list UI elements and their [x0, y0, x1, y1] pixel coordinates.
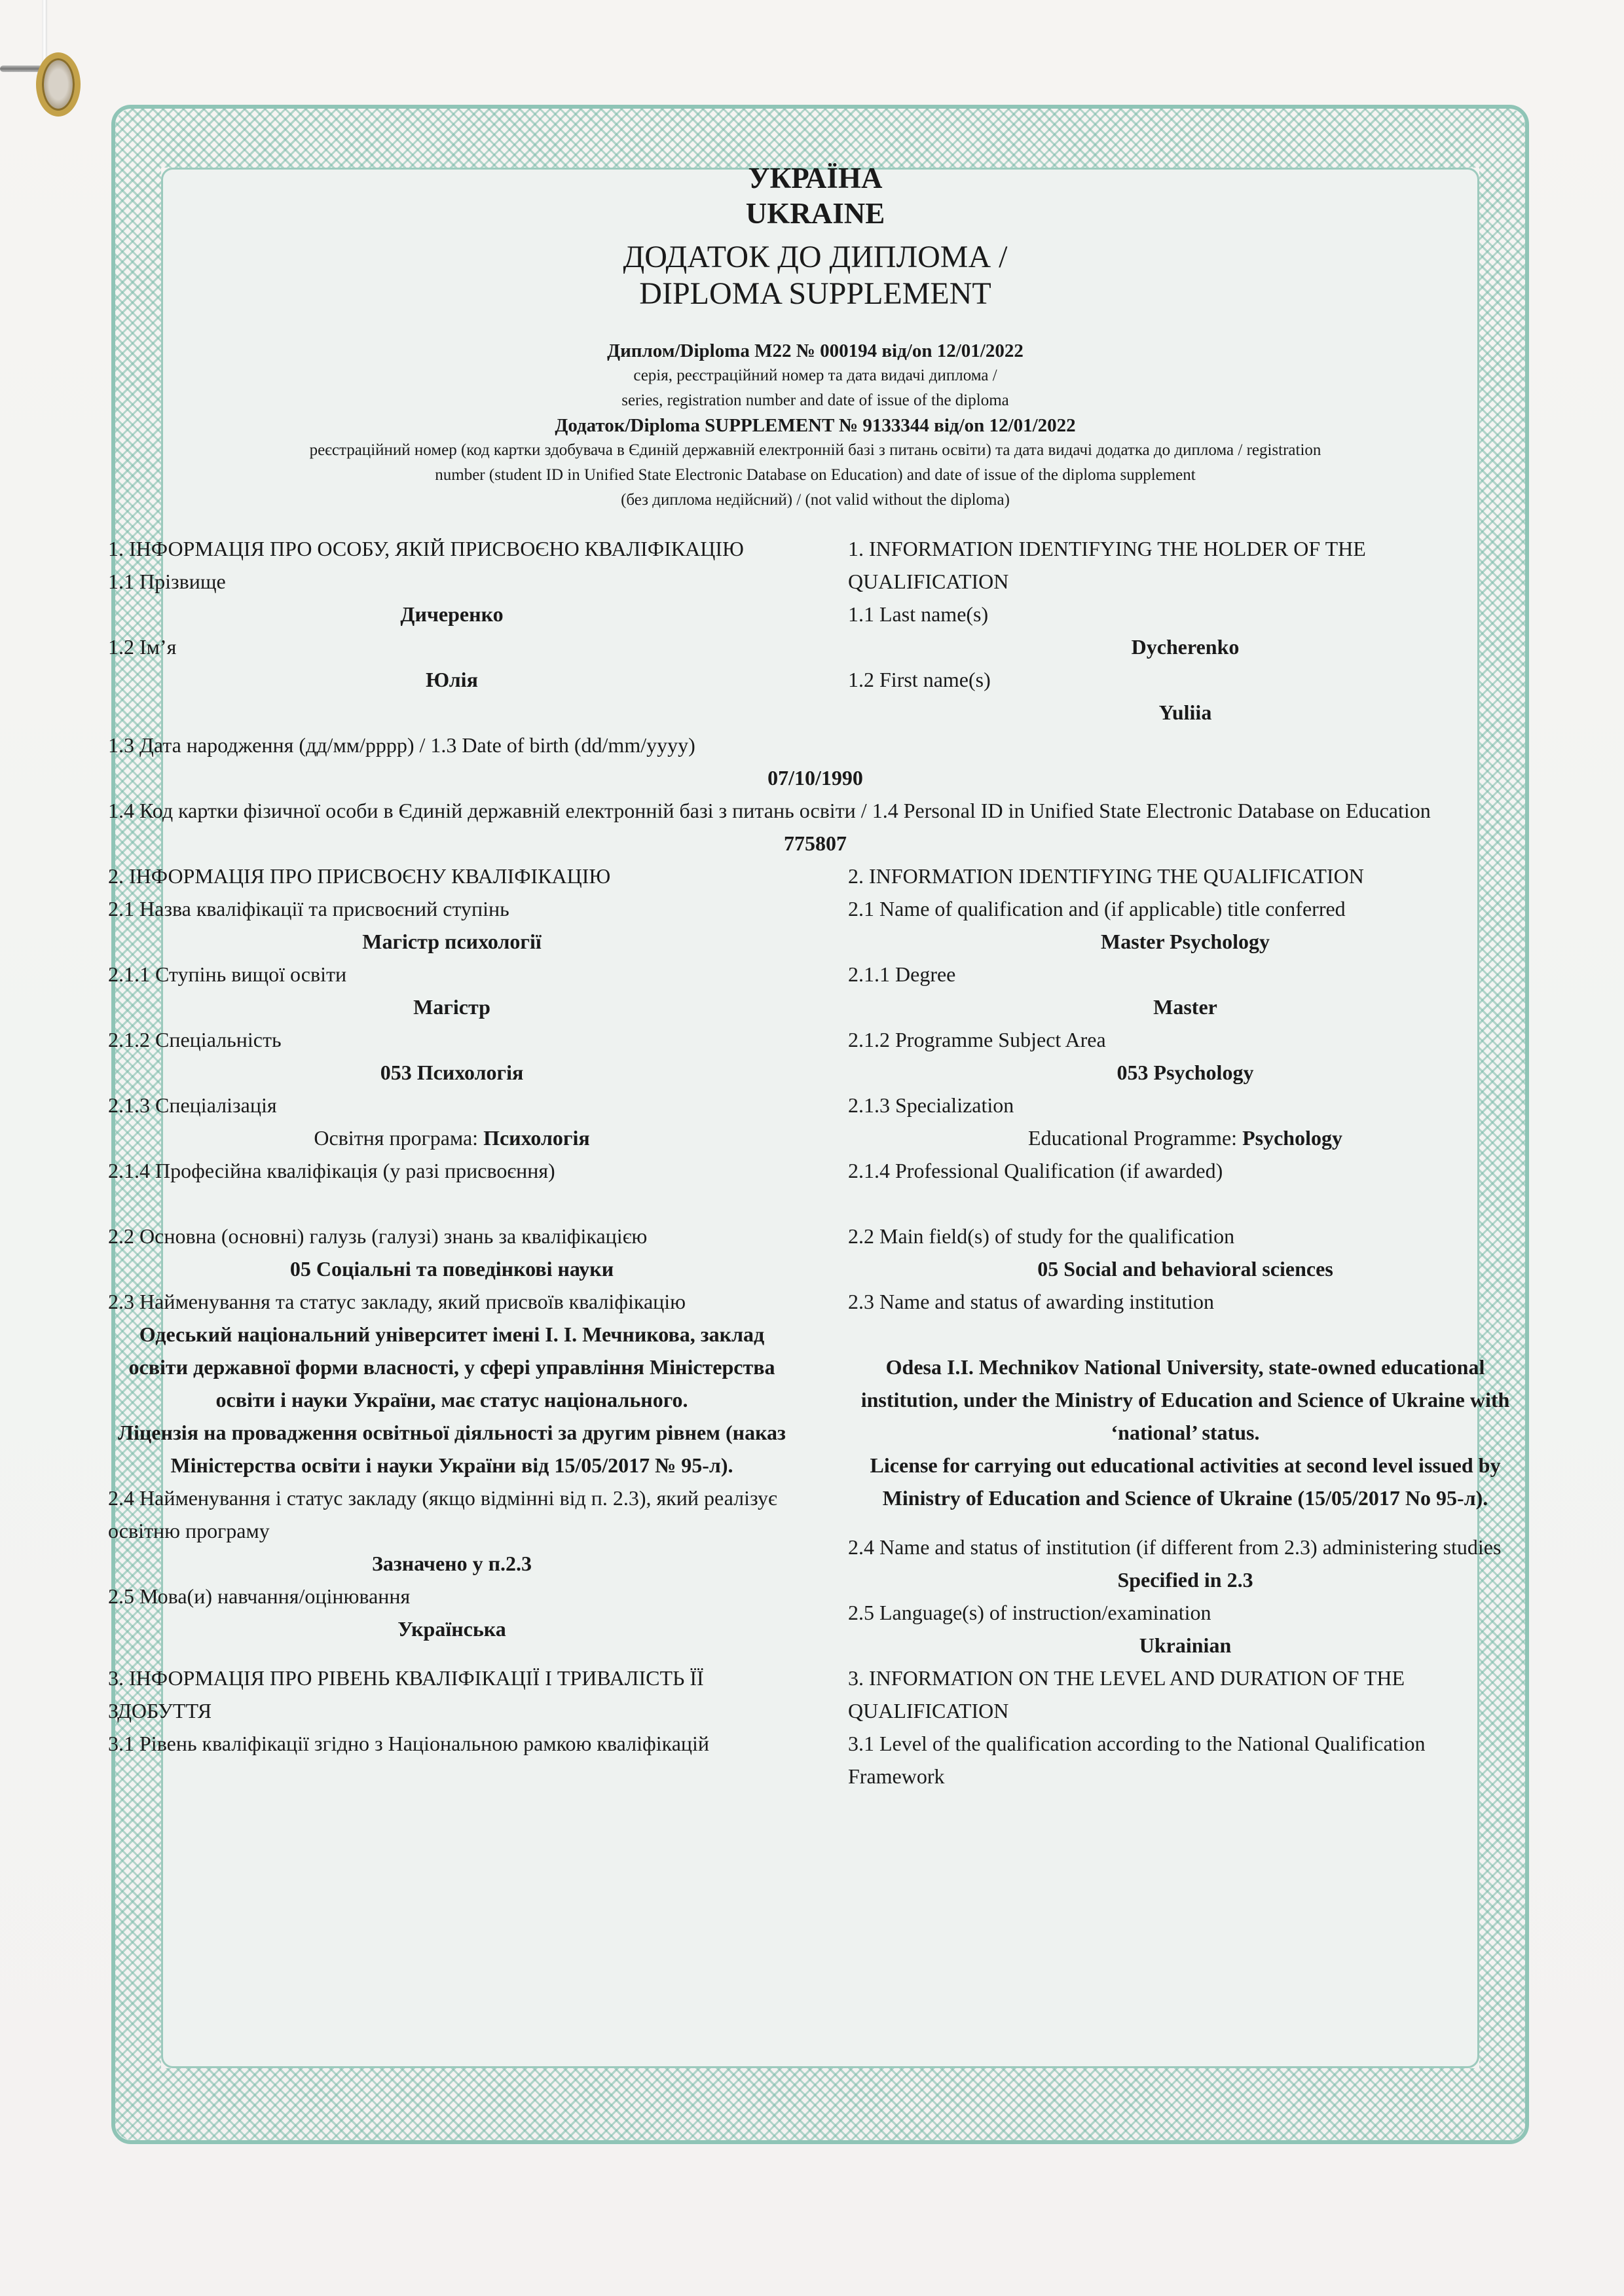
supplement-caption-2: number (student ID in Unified State Elec… [108, 463, 1522, 488]
field-en: 05 Social and behavioral sciences [848, 1252, 1522, 1285]
field-label-ua: 2.2 Основна (основні) галузь (галузі) зн… [108, 1220, 796, 1252]
specialty-ua: 053 Психологія [108, 1056, 796, 1089]
doc-title-en: DIPLOMA SUPPLEMENT [108, 276, 1522, 312]
diploma-meta: Диплом/Diploma M22 № 000194 від/on 12/01… [108, 338, 1522, 513]
specialty-en: 053 Psychology [848, 1056, 1522, 1089]
first-name-label-ua: 1.2 Ім’я [108, 630, 796, 663]
degree-label-ua: 2.1.1 Ступінь вищої освіти [108, 958, 796, 991]
admin-en: Specified in 2.3 [848, 1563, 1522, 1596]
language-label-ua: 2.5 Мова(и) навчання/оцінювання [108, 1580, 796, 1613]
field-ua: 05 Соціальні та поведінкові науки [108, 1252, 796, 1285]
doc-title-ua: ДОДАТОК ДО ДИПЛОМА / [108, 239, 1522, 276]
prof-qual-empty-en [848, 1187, 1522, 1220]
section-3-heading-ua: 3. ІНФОРМАЦІЯ ПРО РІВЕНЬ КВАЛІФІКАЦІЇ І … [108, 1662, 796, 1727]
first-name-label-en: 1.2 First name(s) [848, 663, 1522, 696]
section-2-heading-ua: 2. ІНФОРМАЦІЯ ПРО ПРИСВОЄНУ КВАЛІФІКАЦІЮ [108, 860, 796, 892]
degree-en: Master [848, 991, 1522, 1023]
section-2-en: 2. INFORMATION IDENTIFYING THE QUALIFICA… [815, 860, 1522, 1662]
section-1-en: 1. INFORMATION IDENTIFYING THE HOLDER OF… [815, 532, 1522, 729]
program-prefix-en: Educational Programme: [1028, 1126, 1242, 1150]
license-en: License for carrying out educational act… [848, 1449, 1522, 1514]
specialization-label-ua: 2.1.3 Спеціалізація [108, 1089, 796, 1121]
institution-label-en: 2.3 Name and status of awarding institut… [848, 1285, 1522, 1318]
dob-value: 07/10/1990 [108, 761, 1522, 794]
personal-id-label: 1.4 Код картки фізичної особи в Єдиній д… [108, 794, 1522, 827]
section-1: 1. ІНФОРМАЦІЯ ПРО ОСОБУ, ЯКІЙ ПРИСВОЄНО … [108, 532, 1522, 729]
prof-qual-label-en: 2.1.4 Professional Qualification (if awa… [848, 1154, 1522, 1187]
section-2-heading-en: 2. INFORMATION IDENTIFYING THE QUALIFICA… [848, 860, 1522, 892]
section-1-heading-en: 1. INFORMATION IDENTIFYING THE HOLDER OF… [848, 532, 1522, 598]
level-label-ua: 3.1 Рівень кваліфікації згідно з Націона… [108, 1727, 796, 1760]
diploma-caption-ua: серія, реєстраційний номер та дата видач… [108, 363, 1522, 388]
document-body: УКРАЇНА UKRAINE ДОДАТОК ДО ДИПЛОМА / DIP… [108, 160, 1522, 1793]
specialty-label-en: 2.1.2 Programme Subject Area [848, 1023, 1522, 1056]
program-value-en: Psychology [1242, 1126, 1342, 1150]
supplement-number: Додаток/Diploma SUPPLEMENT № 9133344 від… [108, 413, 1522, 438]
institution-ua: Одеський національний університет імені … [108, 1318, 796, 1416]
section-3-heading-en: 3. INFORMATION ON THE LEVEL AND DURATION… [848, 1662, 1522, 1727]
diploma-number: Диплом/Diploma M22 № 000194 від/on 12/01… [108, 338, 1522, 363]
language-label-en: 2.5 Language(s) of instruction/examinati… [848, 1596, 1522, 1629]
admin-label-en: 2.4 Name and status of institution (if d… [848, 1531, 1522, 1563]
section-3: 3. ІНФОРМАЦІЯ ПРО РІВЕНЬ КВАЛІФІКАЦІЇ І … [108, 1662, 1522, 1793]
institution-en: Odesa I.I. Mechnikov National University… [848, 1351, 1522, 1449]
program-value-ua: Психологія [483, 1126, 590, 1150]
program-prefix-ua: Освітня програма: [314, 1126, 483, 1150]
institution-label-spacer-en [848, 1318, 1522, 1351]
qual-name-ua: Магістр психології [108, 925, 796, 958]
admin-label-ua: 2.4 Найменування і статус закладу (якщо … [108, 1482, 796, 1547]
prof-qual-label-ua: 2.1.4 Професійна кваліфікація (у разі пр… [108, 1154, 796, 1187]
admin-ua: Зазначено у п.2.3 [108, 1547, 796, 1580]
last-name-label-ua: 1.1 Прізвище [108, 565, 796, 598]
last-name-en: Dycherenko [848, 630, 1522, 663]
last-name-label-en: 1.1 Last name(s) [848, 598, 1522, 630]
dob-label: 1.3 Дата народження (дд/мм/рррр) / 1.3 D… [108, 729, 1522, 761]
country-en: UKRAINE [108, 196, 1522, 231]
level-label-en: 3.1 Level of the qualification according… [848, 1727, 1522, 1793]
first-name-en: Yuliia [848, 696, 1522, 729]
section-1-shared: 1.3 Дата народження (дд/мм/рррр) / 1.3 D… [108, 729, 1522, 860]
section-2: 2. ІНФОРМАЦІЯ ПРО ПРИСВОЄНУ КВАЛІФІКАЦІЮ… [108, 860, 1522, 1662]
language-en: Ukrainian [848, 1629, 1522, 1662]
section-3-ua: 3. ІНФОРМАЦІЯ ПРО РІВЕНЬ КВАЛІФІКАЦІЇ І … [108, 1662, 815, 1793]
personal-id-value: 775807 [108, 827, 1522, 860]
document-header: УКРАЇНА UKRAINE ДОДАТОК ДО ДИПЛОМА / DIP… [108, 160, 1522, 312]
last-name-ua: Дичеренко [108, 598, 796, 630]
license-ua: Ліцензія на провадження освітньої діяльн… [108, 1416, 796, 1482]
qual-name-label-en: 2.1 Name of qualification and (if applic… [848, 892, 1522, 925]
degree-label-en: 2.1.1 Degree [848, 958, 1522, 991]
program-en: Educational Programme: Psychology [848, 1121, 1522, 1154]
qual-name-label-ua: 2.1 Назва кваліфікації та присвоєний сту… [108, 892, 796, 925]
diploma-caption-en: series, registration number and date of … [108, 388, 1522, 413]
section-2-ua: 2. ІНФОРМАЦІЯ ПРО ПРИСВОЄНУ КВАЛІФІКАЦІЮ… [108, 860, 815, 1662]
qual-name-en: Master Psychology [848, 925, 1522, 958]
degree-ua: Магістр [108, 991, 796, 1023]
field-label-en: 2.2 Main field(s) of study for the quali… [848, 1220, 1522, 1252]
first-name-ua: Юлія [108, 663, 796, 696]
section-1-heading-ua: 1. ІНФОРМАЦІЯ ПРО ОСОБУ, ЯКІЙ ПРИСВОЄНО … [108, 532, 796, 565]
institution-label-ua: 2.3 Найменування та статус закладу, який… [108, 1285, 796, 1318]
supplement-caption-3: (без диплома недійсний) / (not valid wit… [108, 488, 1522, 513]
grommet-icon [36, 52, 81, 117]
specialization-label-en: 2.1.3 Specialization [848, 1089, 1522, 1121]
section-1-ua: 1. ІНФОРМАЦІЯ ПРО ОСОБУ, ЯКІЙ ПРИСВОЄНО … [108, 532, 815, 729]
prof-qual-empty-ua [108, 1187, 796, 1220]
language-ua: Українська [108, 1613, 796, 1645]
country-ua: УКРАЇНА [108, 160, 1522, 196]
section-3-en: 3. INFORMATION ON THE LEVEL AND DURATION… [815, 1662, 1522, 1793]
program-ua: Освітня програма: Психологія [108, 1121, 796, 1154]
supplement-caption-1: реєстраційний номер (код картки здобувач… [108, 438, 1522, 463]
license-spacer-en [848, 1514, 1522, 1531]
specialty-label-ua: 2.1.2 Спеціальність [108, 1023, 796, 1056]
